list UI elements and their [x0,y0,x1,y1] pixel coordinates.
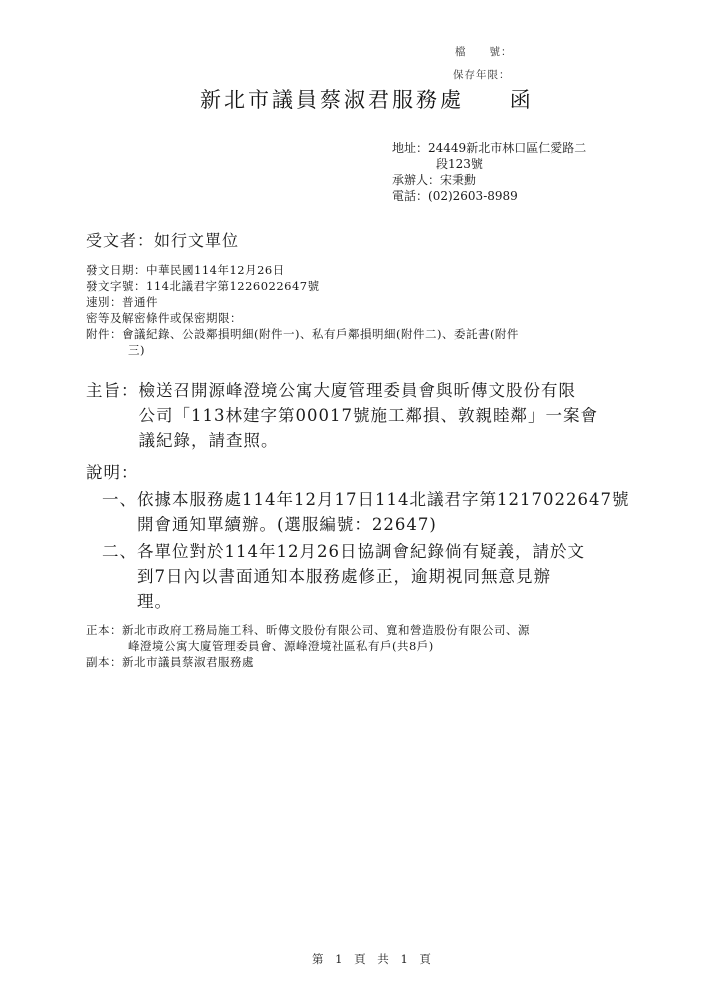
document-title: 新北市議員蔡淑君服務處 函 [200,84,534,114]
phone-value: (02)2603-8989 [428,189,518,203]
subject-line: 檢送召開源峰澄境公寓大廈管理委員會與昕傳文股份有限 [139,378,598,403]
explanation-item: 二、 各單位對於114年12月26日協調會紀錄倘有疑義，請於文 到7日內以書面通… [86,539,629,614]
document-type: 函 [510,88,534,112]
phone-row: 電話：(02)2603-8989 [392,188,586,204]
recipient-value: 如行文單位 [154,231,239,250]
item-number: 一、 [102,487,137,537]
original-label: 正本： [86,623,122,637]
attachment-label: 附件： [86,327,122,341]
retention-period-label: 保存年限： [453,67,511,82]
item-line: 開會通知單續辦。(選服編號：22647) [137,512,629,537]
subject-label: 主旨： [86,378,139,453]
subject-section: 主旨： 檢送召開源峰澄境公寓大廈管理委員會與昕傳文股份有限 公司「113林建字第… [86,378,598,453]
subject-line: 議紀錄，請查照。 [139,428,598,453]
office-name: 新北市議員蔡淑君服務處 [200,88,464,112]
original-recipients-row: 正本：新北市政府工務局施工科、昕傳文股份有限公司、寬和營造股份有限公司、源 [86,622,530,638]
item-line: 到7日內以書面通知本服務處修正，逾期視同無意見辦 [137,564,585,589]
address-value: 24449新北市林口區仁愛路二 [428,141,586,155]
recipient: 受文者：如行文單位 [86,228,239,251]
item-line: 依據本服務處114年12月17日114北議君字第1217022647號 [137,487,629,512]
address-label: 地址： [392,141,428,155]
attachment-row: 附件：會議紀錄、公設鄰損明細(附件一)、私有戶鄰損明細(附件二)、委託書(附件 [86,326,519,342]
explanation-label: 說明： [86,460,629,485]
subject-line: 公司「113林建字第00017號施工鄰損、敦親睦鄰」一案會 [139,403,598,428]
attachment-value: 會議紀錄、公設鄰損明細(附件一)、私有戶鄰損明細(附件二)、委託書(附件 [122,327,519,341]
issue-date-row: 發文日期：中華民國114年12月26日 [86,262,519,278]
copy-recipients-row: 副本：新北市議員蔡淑君服務處 [86,654,530,670]
speed-row: 速別：普通件 [86,294,519,310]
recipient-label: 受文者： [86,231,154,250]
address-row: 地址：24449新北市林口區仁愛路二 [392,140,586,156]
phone-label: 電話： [392,189,428,203]
attachment-value-cont: 三) [86,342,519,358]
document-meta: 發文日期：中華民國114年12月26日 發文字號：114北議君字第1226022… [86,262,519,358]
item-line: 各單位對於114年12月26日協調會紀錄倘有疑義，請於文 [137,539,585,564]
contact-value: 宋秉勳 [440,173,476,187]
original-value-cont: 峰澄境公寓大廈管理委員會、源峰澄境社區私有戶(共8戶) [86,638,530,654]
explanation-item: 一、 依據本服務處114年12月17日114北議君字第1217022647號 開… [86,487,629,537]
reference-value: 114北議君字第1226022647號 [146,279,320,293]
file-number-label: 檔 號： [455,44,513,59]
contact-row: 承辦人：宋秉勳 [392,172,586,188]
page-number: 第 1 頁 共 1 頁 [312,951,435,967]
secrecy-row: 密等及解密條件或保密期限： [86,310,519,326]
issue-date-label: 發文日期： [86,263,146,277]
copy-label: 副本： [86,655,122,669]
reference-row: 發文字號：114北議君字第1226022647號 [86,278,519,294]
issue-date-value: 中華民國114年12月26日 [146,263,285,277]
speed-label: 速別： [86,295,122,309]
copy-value: 新北市議員蔡淑君服務處 [122,655,254,669]
distribution-section: 正本：新北市政府工務局施工科、昕傳文股份有限公司、寬和營造股份有限公司、源 峰澄… [86,622,530,670]
item-line: 理。 [137,589,585,614]
explanation-section: 說明： 一、 依據本服務處114年12月17日114北議君字第121702264… [86,460,629,614]
speed-value: 普通件 [122,295,158,309]
address-row-cont: 段123號 [392,156,586,172]
item-number: 二、 [102,539,137,614]
contact-label: 承辦人： [392,173,440,187]
secrecy-label: 密等及解密條件或保密期限： [86,311,242,325]
sender-info: 地址：24449新北市林口區仁愛路二 段123號 承辦人：宋秉勳 電話：(02)… [392,140,586,204]
reference-label: 發文字號： [86,279,146,293]
original-value: 新北市政府工務局施工科、昕傳文股份有限公司、寬和營造股份有限公司、源 [122,623,530,637]
subject-body: 檢送召開源峰澄境公寓大廈管理委員會與昕傳文股份有限 公司「113林建字第0001… [139,378,598,453]
